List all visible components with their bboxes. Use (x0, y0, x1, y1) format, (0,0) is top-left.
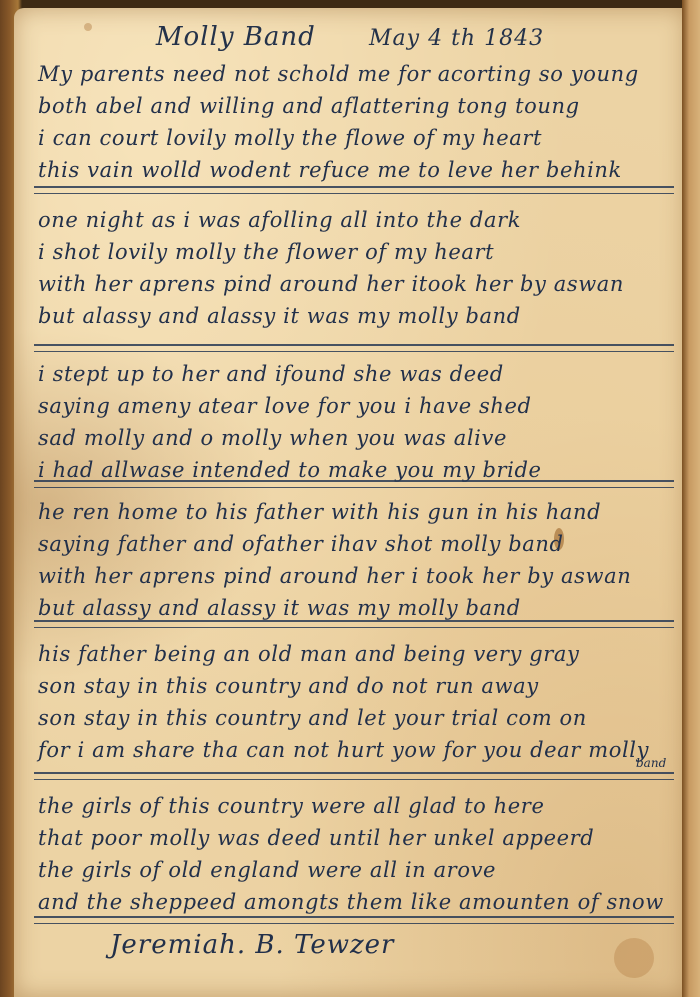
stanza-5: his father being an old man and being ve… (38, 638, 680, 766)
author-signature: Jeremiah. B. Tewzer (110, 930, 394, 960)
water-stain (614, 938, 654, 978)
verse-line: his father being an old man and being ve… (38, 638, 680, 670)
verse-line: sad molly and o molly when you was alive (38, 422, 680, 454)
stanza-3: i stept up to her and ifound she was dee… (38, 358, 680, 486)
verse-line: My parents need not schold me for acorti… (38, 58, 680, 90)
adjacent-page-edge (682, 0, 700, 997)
verse-line: this vain wolld wodent refuce me to leve… (38, 154, 680, 186)
verse-line: he ren home to his father with his gun i… (38, 496, 680, 528)
stanza-divider (34, 620, 674, 628)
manuscript-page: Molly Band May 4 th 1843 My parents need… (14, 8, 686, 997)
verse-line: i can court lovily molly the flowe of my… (38, 122, 680, 154)
stanza-divider (34, 186, 674, 194)
page-title: Molly Band May 4 th 1843 (14, 22, 686, 58)
verse-line: with her aprens pind around her i took h… (38, 560, 680, 592)
verse-line: i stept up to her and ifound she was dee… (38, 358, 680, 390)
verse-line: one night as i was afolling all into the… (38, 204, 680, 236)
stanza-divider (34, 344, 674, 352)
verse-line: and the sheppeed amongts them like amoun… (38, 886, 680, 918)
verse-line: i shot lovily molly the flower of my hea… (38, 236, 680, 268)
verse-line: for i am share tha can not hurt yow for … (38, 734, 680, 766)
stanza-divider (34, 772, 674, 780)
verse-line: but alassy and alassy it was my molly ba… (38, 300, 680, 332)
verse-line: that poor molly was deed until her unkel… (38, 822, 680, 854)
verse-line: the girls of old england were all in aro… (38, 854, 680, 886)
stanza-divider (34, 916, 674, 924)
verse-line: son stay in this country and let your tr… (38, 702, 680, 734)
stanza-1: My parents need not schold me for acorti… (38, 58, 680, 186)
verse-line: the girls of this country were all glad … (38, 790, 680, 822)
song-title: Molly Band (156, 22, 316, 52)
verse-line: both abel and willing and aflattering to… (38, 90, 680, 122)
verse-line: son stay in this country and do not run … (38, 670, 680, 702)
stanza-2: one night as i was afolling all into the… (38, 204, 680, 332)
verse-line: saying ameny atear love for you i have s… (38, 390, 680, 422)
margin-annotation: band (636, 756, 666, 770)
manuscript-scan: Molly Band May 4 th 1843 My parents need… (0, 0, 700, 997)
verse-line: with her aprens pind around her itook he… (38, 268, 680, 300)
stanza-4: he ren home to his father with his gun i… (38, 496, 680, 624)
song-date: May 4 th 1843 (369, 26, 544, 51)
stanza-divider (34, 480, 674, 488)
verse-line: saying father and ofather ihav shot moll… (38, 528, 680, 560)
stanza-6: the girls of this country were all glad … (38, 790, 680, 918)
